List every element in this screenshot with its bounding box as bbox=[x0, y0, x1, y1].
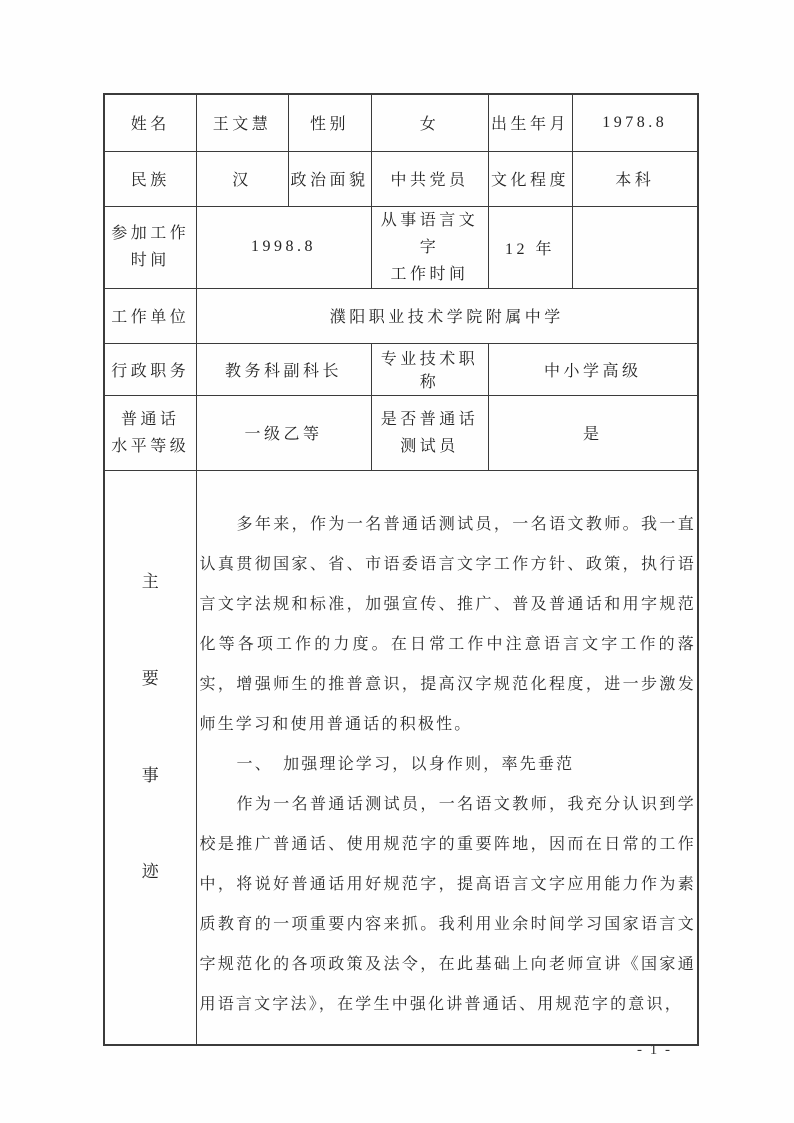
main-deeds-vertical-label: 主 要 事 迹 bbox=[105, 472, 196, 1042]
work-unit-label: 工作单位 bbox=[104, 288, 196, 343]
deeds-paragraph: 作为一名普通话测试员，一名语文教师，我充分认识到学校是推广普通话、使用规范字的重… bbox=[200, 785, 697, 1025]
empty-cell bbox=[572, 206, 698, 288]
deeds-char: 事 bbox=[142, 761, 159, 786]
work-start-label: 参加工作 时间 bbox=[104, 206, 196, 288]
table-row: 行政职务 教务科副科长 专业技术职称 中小学高级 bbox=[104, 343, 698, 395]
ethnicity-label: 民族 bbox=[104, 151, 196, 206]
document-page: 姓名 王文慧 性别 女 出生年月 1978.8 民族 汉 政治面貌 中共党员 文… bbox=[0, 0, 794, 1123]
tech-title-label: 专业技术职称 bbox=[371, 343, 488, 395]
main-deeds-content: 多年来，作为一名普通话测试员，一名语文教师。我一直认真贯彻国家、省、市语委语言文… bbox=[196, 470, 698, 1045]
table-row: 参加工作 时间 1998.8 从事语言文字 工作时间 12 年 bbox=[104, 206, 698, 288]
table-row: 普通话 水平等级 一级乙等 是否普通话 测试员 是 bbox=[104, 395, 698, 470]
deeds-char: 迹 bbox=[142, 857, 159, 882]
mandarin-level-value: 一级乙等 bbox=[196, 395, 371, 470]
language-work-years-value: 12 年 bbox=[488, 206, 572, 288]
admin-post-value: 教务科副科长 bbox=[196, 343, 371, 395]
admin-post-label: 行政职务 bbox=[104, 343, 196, 395]
gender-value: 女 bbox=[371, 94, 488, 151]
table-row: 工作单位 濮阳职业技术学院附属中学 bbox=[104, 288, 698, 343]
main-deeds-label: 主 要 事 迹 bbox=[104, 470, 196, 1045]
education-value: 本科 bbox=[572, 151, 698, 206]
language-work-years-label: 从事语言文字 工作时间 bbox=[371, 206, 488, 288]
is-tester-value: 是 bbox=[488, 395, 698, 470]
deeds-char: 要 bbox=[142, 664, 159, 689]
gender-label: 性别 bbox=[288, 94, 371, 151]
table-row: 民族 汉 政治面貌 中共党员 文化程度 本科 bbox=[104, 151, 698, 206]
birth-value: 1978.8 bbox=[572, 94, 698, 151]
deeds-paragraph: 多年来，作为一名普通话测试员，一名语文教师。我一直认真贯彻国家、省、市语委语言文… bbox=[200, 505, 697, 745]
birth-label: 出生年月 bbox=[488, 94, 572, 151]
mandarin-level-label: 普通话 水平等级 bbox=[104, 395, 196, 470]
is-tester-label: 是否普通话 测试员 bbox=[371, 395, 488, 470]
main-deeds-text: 多年来，作为一名普通话测试员，一名语文教师。我一直认真贯彻国家、省、市语委语言文… bbox=[197, 490, 698, 1025]
table-row: 主 要 事 迹 多年来，作为一名普通话测试员，一名语文教师。我一直认真贯彻国家、… bbox=[104, 470, 698, 1045]
name-value: 王文慧 bbox=[196, 94, 288, 151]
personal-info-table: 姓名 王文慧 性别 女 出生年月 1978.8 民族 汉 政治面貌 中共党员 文… bbox=[103, 93, 699, 1046]
deeds-section-heading: 一、 加强理论学习，以身作则，率先垂范 bbox=[200, 745, 697, 785]
education-label: 文化程度 bbox=[488, 151, 572, 206]
political-status-value: 中共党员 bbox=[371, 151, 488, 206]
ethnicity-value: 汉 bbox=[196, 151, 288, 206]
deeds-char: 主 bbox=[142, 567, 159, 592]
work-start-value: 1998.8 bbox=[196, 206, 371, 288]
work-unit-value: 濮阳职业技术学院附属中学 bbox=[196, 288, 698, 343]
tech-title-value: 中小学高级 bbox=[488, 343, 698, 395]
name-label: 姓名 bbox=[104, 94, 196, 151]
page-number: - 1 - bbox=[637, 1042, 672, 1059]
table-row: 姓名 王文慧 性别 女 出生年月 1978.8 bbox=[104, 94, 698, 151]
political-status-label: 政治面貌 bbox=[288, 151, 371, 206]
